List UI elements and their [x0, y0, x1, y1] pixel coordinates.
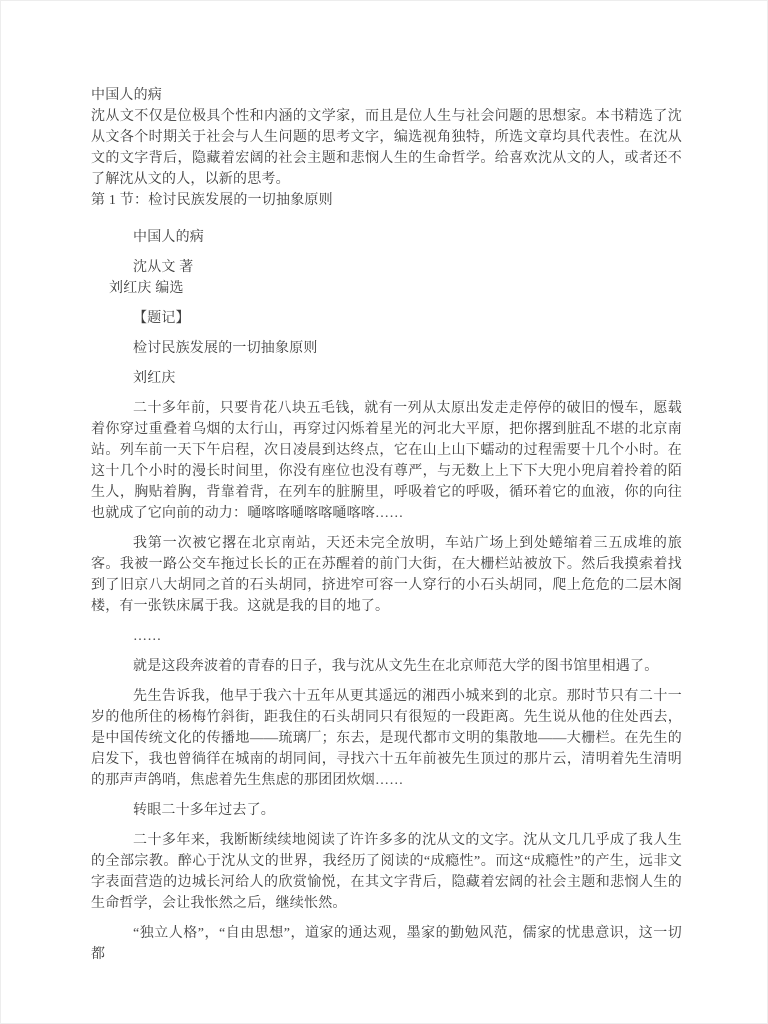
epigraph-author: 刘红庆	[91, 368, 682, 389]
body-paragraph: 二十多年前，只要肯花八块五毛钱，就有一列从太原出发走走停停的破旧的慢车，愿载着你…	[91, 398, 682, 524]
body-paragraph: 二十多年来，我断断续续地阅读了许许多多的沈从文的文字。沈从文几几乎成了我人生的全…	[91, 830, 682, 914]
document-title: 中国人的病	[91, 85, 682, 106]
section-heading: 第 1 节：检讨民族发展的一切抽象原则	[91, 190, 682, 211]
epigraph-title: 检讨民族发展的一切抽象原则	[91, 338, 682, 359]
author-line: 沈从文 著	[133, 260, 194, 275]
body-paragraph: 我第一次被它撂在北京南站，天还未完全放明，车站广场上到处蜷缩着三五成堆的旅客。我…	[91, 533, 682, 617]
epigraph-marker: 【题记】	[91, 308, 682, 329]
body-paragraph: 就是这段奔波着的青春的日子，我与沈从文先生在北京师范大学的图书馆里相遇了。	[91, 656, 682, 677]
document-intro: 沈从文不仅是位极具个性和内涵的文学家，而且是位人生与社会问题的思想家。本书精选了…	[91, 106, 682, 190]
document-header: 中国人的病 沈从文不仅是位极具个性和内涵的文学家，而且是位人生与社会问题的思想家…	[91, 85, 682, 211]
editor-line: 刘红庆 编选	[91, 281, 184, 296]
body-paragraph: 转眼二十多年过去了。	[91, 800, 682, 821]
body-paragraph: “独立人格”，“自由思想”，道家的通达观，墨家的勤勉风范，儒家的忧患意识，这一切…	[91, 923, 682, 965]
author-editor-block: 沈从文 著刘红庆 编选	[91, 257, 682, 299]
document-body: 中国人的病 沈从文 著刘红庆 编选 【题记】 检讨民族发展的一切抽象原则 刘红庆…	[91, 227, 682, 965]
book-title: 中国人的病	[91, 227, 682, 248]
body-paragraph: 先生告诉我，他早于我六十五年从更其遥远的湘西小城来到的北京。那时节只有二十一岁的…	[91, 686, 682, 791]
ellipsis-paragraph: ……	[91, 626, 682, 647]
document-page: 中国人的病 沈从文不仅是位极具个性和内涵的文学家，而且是位人生与社会问题的思想家…	[0, 0, 768, 1024]
